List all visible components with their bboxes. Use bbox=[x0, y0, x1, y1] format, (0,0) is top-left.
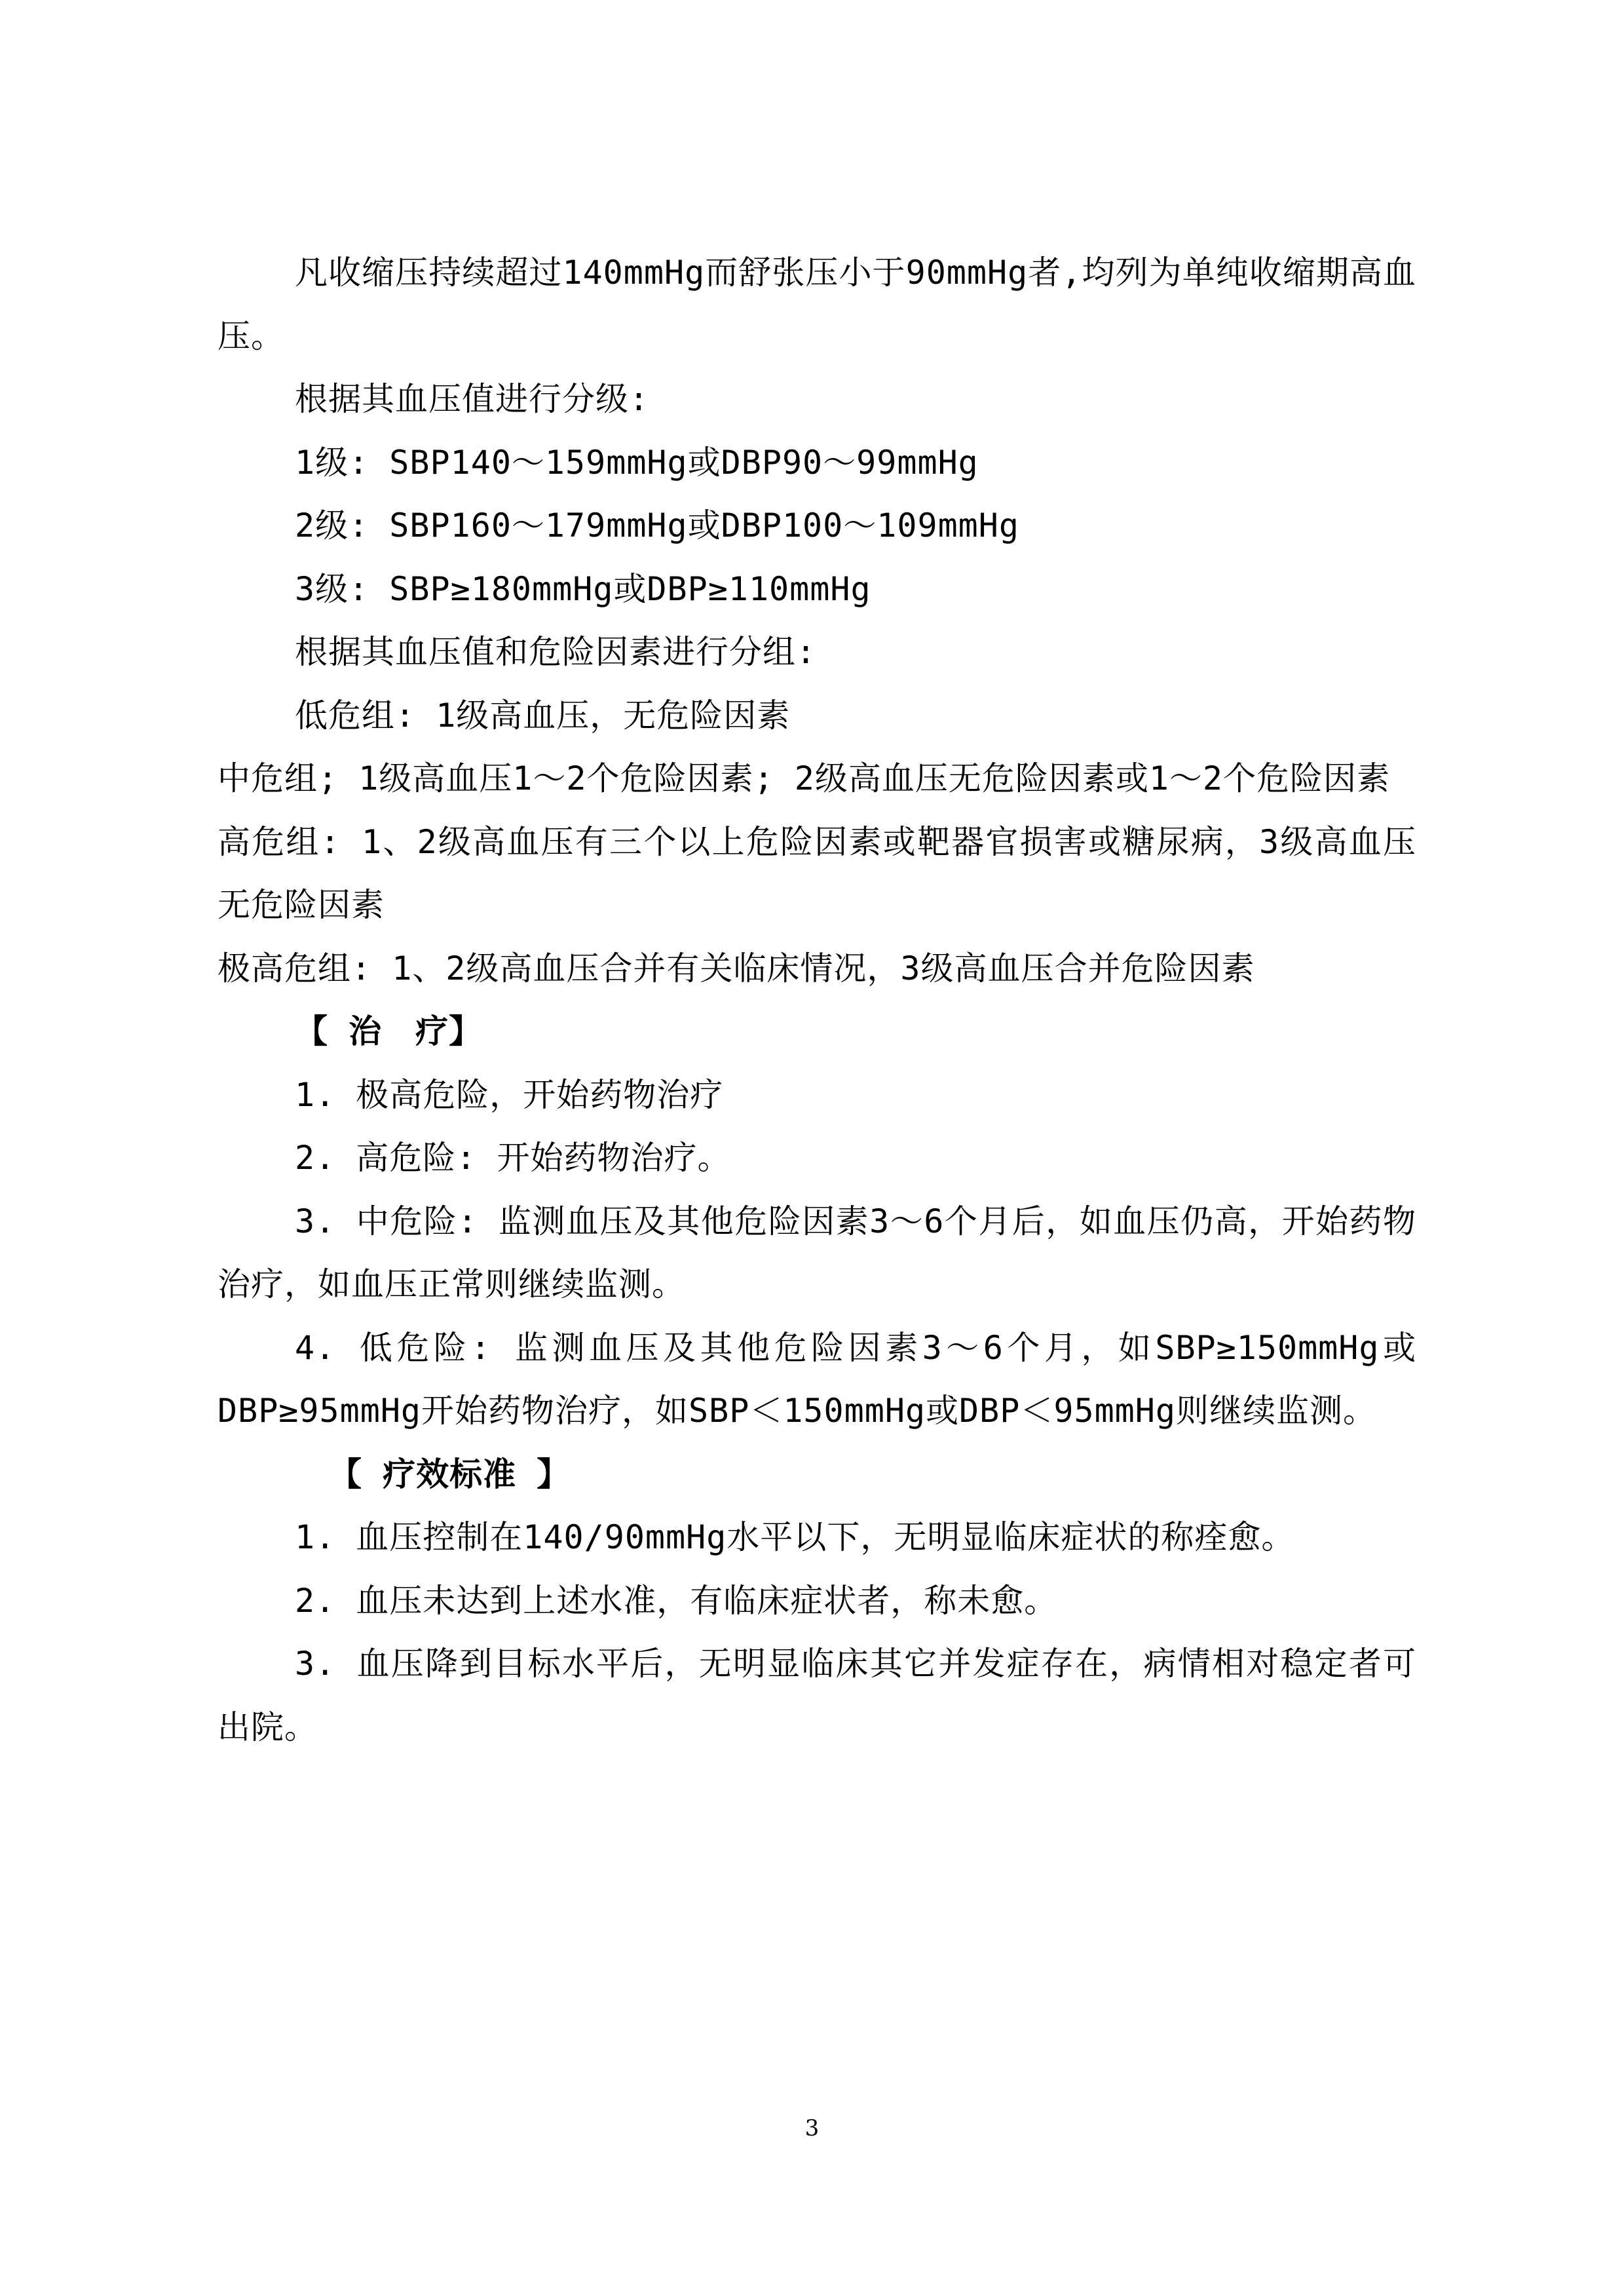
document-page: 凡收缩压持续超过140mmHg而舒张压小于90mmHg者,均列为单纯收缩期高血压… bbox=[0, 0, 1624, 2296]
treatment-heading: 【 治 疗】 bbox=[217, 1000, 1416, 1063]
low-risk-group-line: 低危组: 1级高血压，无危险因素 bbox=[217, 684, 1416, 748]
efficacy-heading: 【 疗效标准 】 bbox=[217, 1443, 1416, 1506]
treatment-item-1: 1. 极高危险，开始药物治疗 bbox=[217, 1063, 1416, 1127]
medium-risk-group-line: 中危组; 1级高血压1～2个危险因素; 2级高血压无危险因素或1～2个危险因素 bbox=[217, 747, 1416, 811]
very-high-risk-group-line: 极高危组: 1、2级高血压合并有关临床情况，3级高血压合并危险因素 bbox=[217, 937, 1416, 1001]
efficacy-item-1: 1. 血压控制在140/90mmHg水平以下，无明显临床症状的称痊愈。 bbox=[217, 1506, 1416, 1569]
treatment-item-3: 3. 中危险: 监测血压及其他危险因素3～6个月后，如血压仍高，开始药物治疗，如… bbox=[217, 1190, 1416, 1316]
efficacy-item-2: 2. 血压未达到上述水准，有临床症状者，称未愈。 bbox=[217, 1569, 1416, 1633]
paragraph-grading-intro: 根据其血压值进行分级: bbox=[217, 368, 1416, 431]
treatment-item-2: 2. 高危险: 开始药物治疗。 bbox=[217, 1126, 1416, 1190]
treatment-item-4: 4. 低危险: 监测血压及其他危险因素3～6个月，如SBP≥150mmHg或DB… bbox=[217, 1316, 1416, 1443]
document-body: 凡收缩压持续超过140mmHg而舒张压小于90mmHg者,均列为单纯收缩期高血压… bbox=[217, 241, 1416, 1759]
paragraph-risk-group-intro: 根据其血压值和危险因素进行分组: bbox=[217, 621, 1416, 684]
grade-3-line: 3级: SBP≥180mmHg或DBP≥110mmHg bbox=[217, 558, 1416, 621]
page-number: 3 bbox=[0, 2115, 1624, 2141]
grade-2-line: 2级: SBP160～179mmHg或DBP100～109mmHg bbox=[217, 494, 1416, 558]
high-risk-group-line: 高危组: 1、2级高血压有三个以上危险因素或靶器官损害或糖尿病，3级高血压无危险… bbox=[217, 811, 1416, 937]
paragraph-isolated-systolic-definition: 凡收缩压持续超过140mmHg而舒张压小于90mmHg者,均列为单纯收缩期高血压… bbox=[217, 241, 1416, 368]
efficacy-item-3: 3. 血压降到目标水平后，无明显临床其它并发症存在，病情相对稳定者可出院。 bbox=[217, 1632, 1416, 1759]
grade-1-line: 1级: SBP140～159mmHg或DBP90～99mmHg bbox=[217, 431, 1416, 495]
